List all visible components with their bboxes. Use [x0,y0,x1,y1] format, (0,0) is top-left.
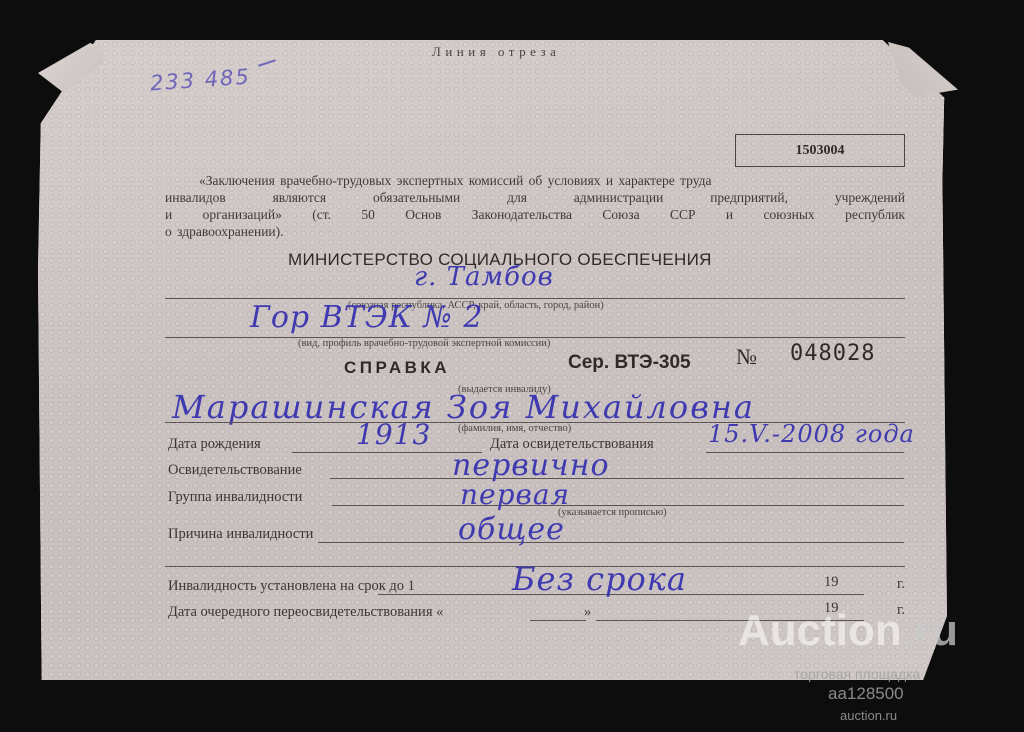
legal-quote-line-4: о здравоохранении). [165,223,905,240]
term-year-prefix: 19 [824,574,839,591]
next-exam-label: Дата очередного переосвидетельствования … [168,604,443,621]
certificate-number: 048028 [790,341,875,366]
birth-date-label: Дата рождения [168,436,261,453]
region-line [165,298,905,299]
legal-quote-line-3: и организаций» (ст. 50 Основ Законодател… [165,206,905,223]
disability-cause-line [318,542,904,543]
scan-background: Линия отреза 233 485 1503004 «Заключения… [0,0,1024,732]
disability-group-line [332,505,904,506]
watermark-seller-id: aa128500 [828,684,904,704]
watermark-site[interactable]: auction.ru [840,708,897,723]
watermark-brand: Auction [738,606,902,655]
legal-quote-line-2: инвалидов являются обязательными для адм… [165,189,905,206]
full-name-caption: (фамилия, имя, отчество) [458,423,571,434]
next-exam-quote-close: » [584,604,591,621]
examination-line [330,478,904,479]
disability-cause-label: Причина инвалидности [168,526,313,543]
series-label: Сер. ВТЭ-305 [568,352,691,374]
disability-group-caption: (указывается прописью) [558,507,667,518]
birth-date-handwritten: 1913 [356,418,431,451]
document-title: СПРАВКА [344,358,450,378]
term-label: Инвалидность установлена на срок до 1 [168,578,415,595]
watermark-tld: .ru [902,606,958,655]
form-number-box: 1503004 [735,134,905,167]
next-exam-day-line [530,620,586,621]
commission-handwritten: Гор ВТЭК № 2 [250,300,483,335]
auction-watermark: Auction.ru [738,606,958,656]
legal-quote: «Заключения врачебно-трудовых экспертных… [165,172,905,240]
exam-date-handwritten: 15.V.-2008 года [708,420,915,448]
legal-quote-line-1: «Заключения врачебно-трудовых экспертных… [165,172,905,189]
form-number: 1503004 [796,143,845,159]
disability-cause-handwritten: общее [458,512,565,547]
examination-label: Освидетельствование [168,462,302,479]
watermark-tagline: торговая площадка [794,666,920,682]
full-name-handwritten: Марашинская Зоя Михайловна [172,388,755,426]
exam-date-line [706,452,904,453]
term-year-suffix: г. [897,576,905,593]
term-handwritten: Без срока [512,560,687,598]
disability-group-handwritten: первая [460,478,570,511]
region-handwritten: г. Тамбов [414,262,554,292]
disability-group-label: Группа инвалидности [168,489,302,506]
number-sign: № [736,344,757,370]
commission-caption: (вид, профиль врачебно-трудовой экспертн… [298,338,550,349]
cut-line-label: Линия отреза [432,44,560,60]
